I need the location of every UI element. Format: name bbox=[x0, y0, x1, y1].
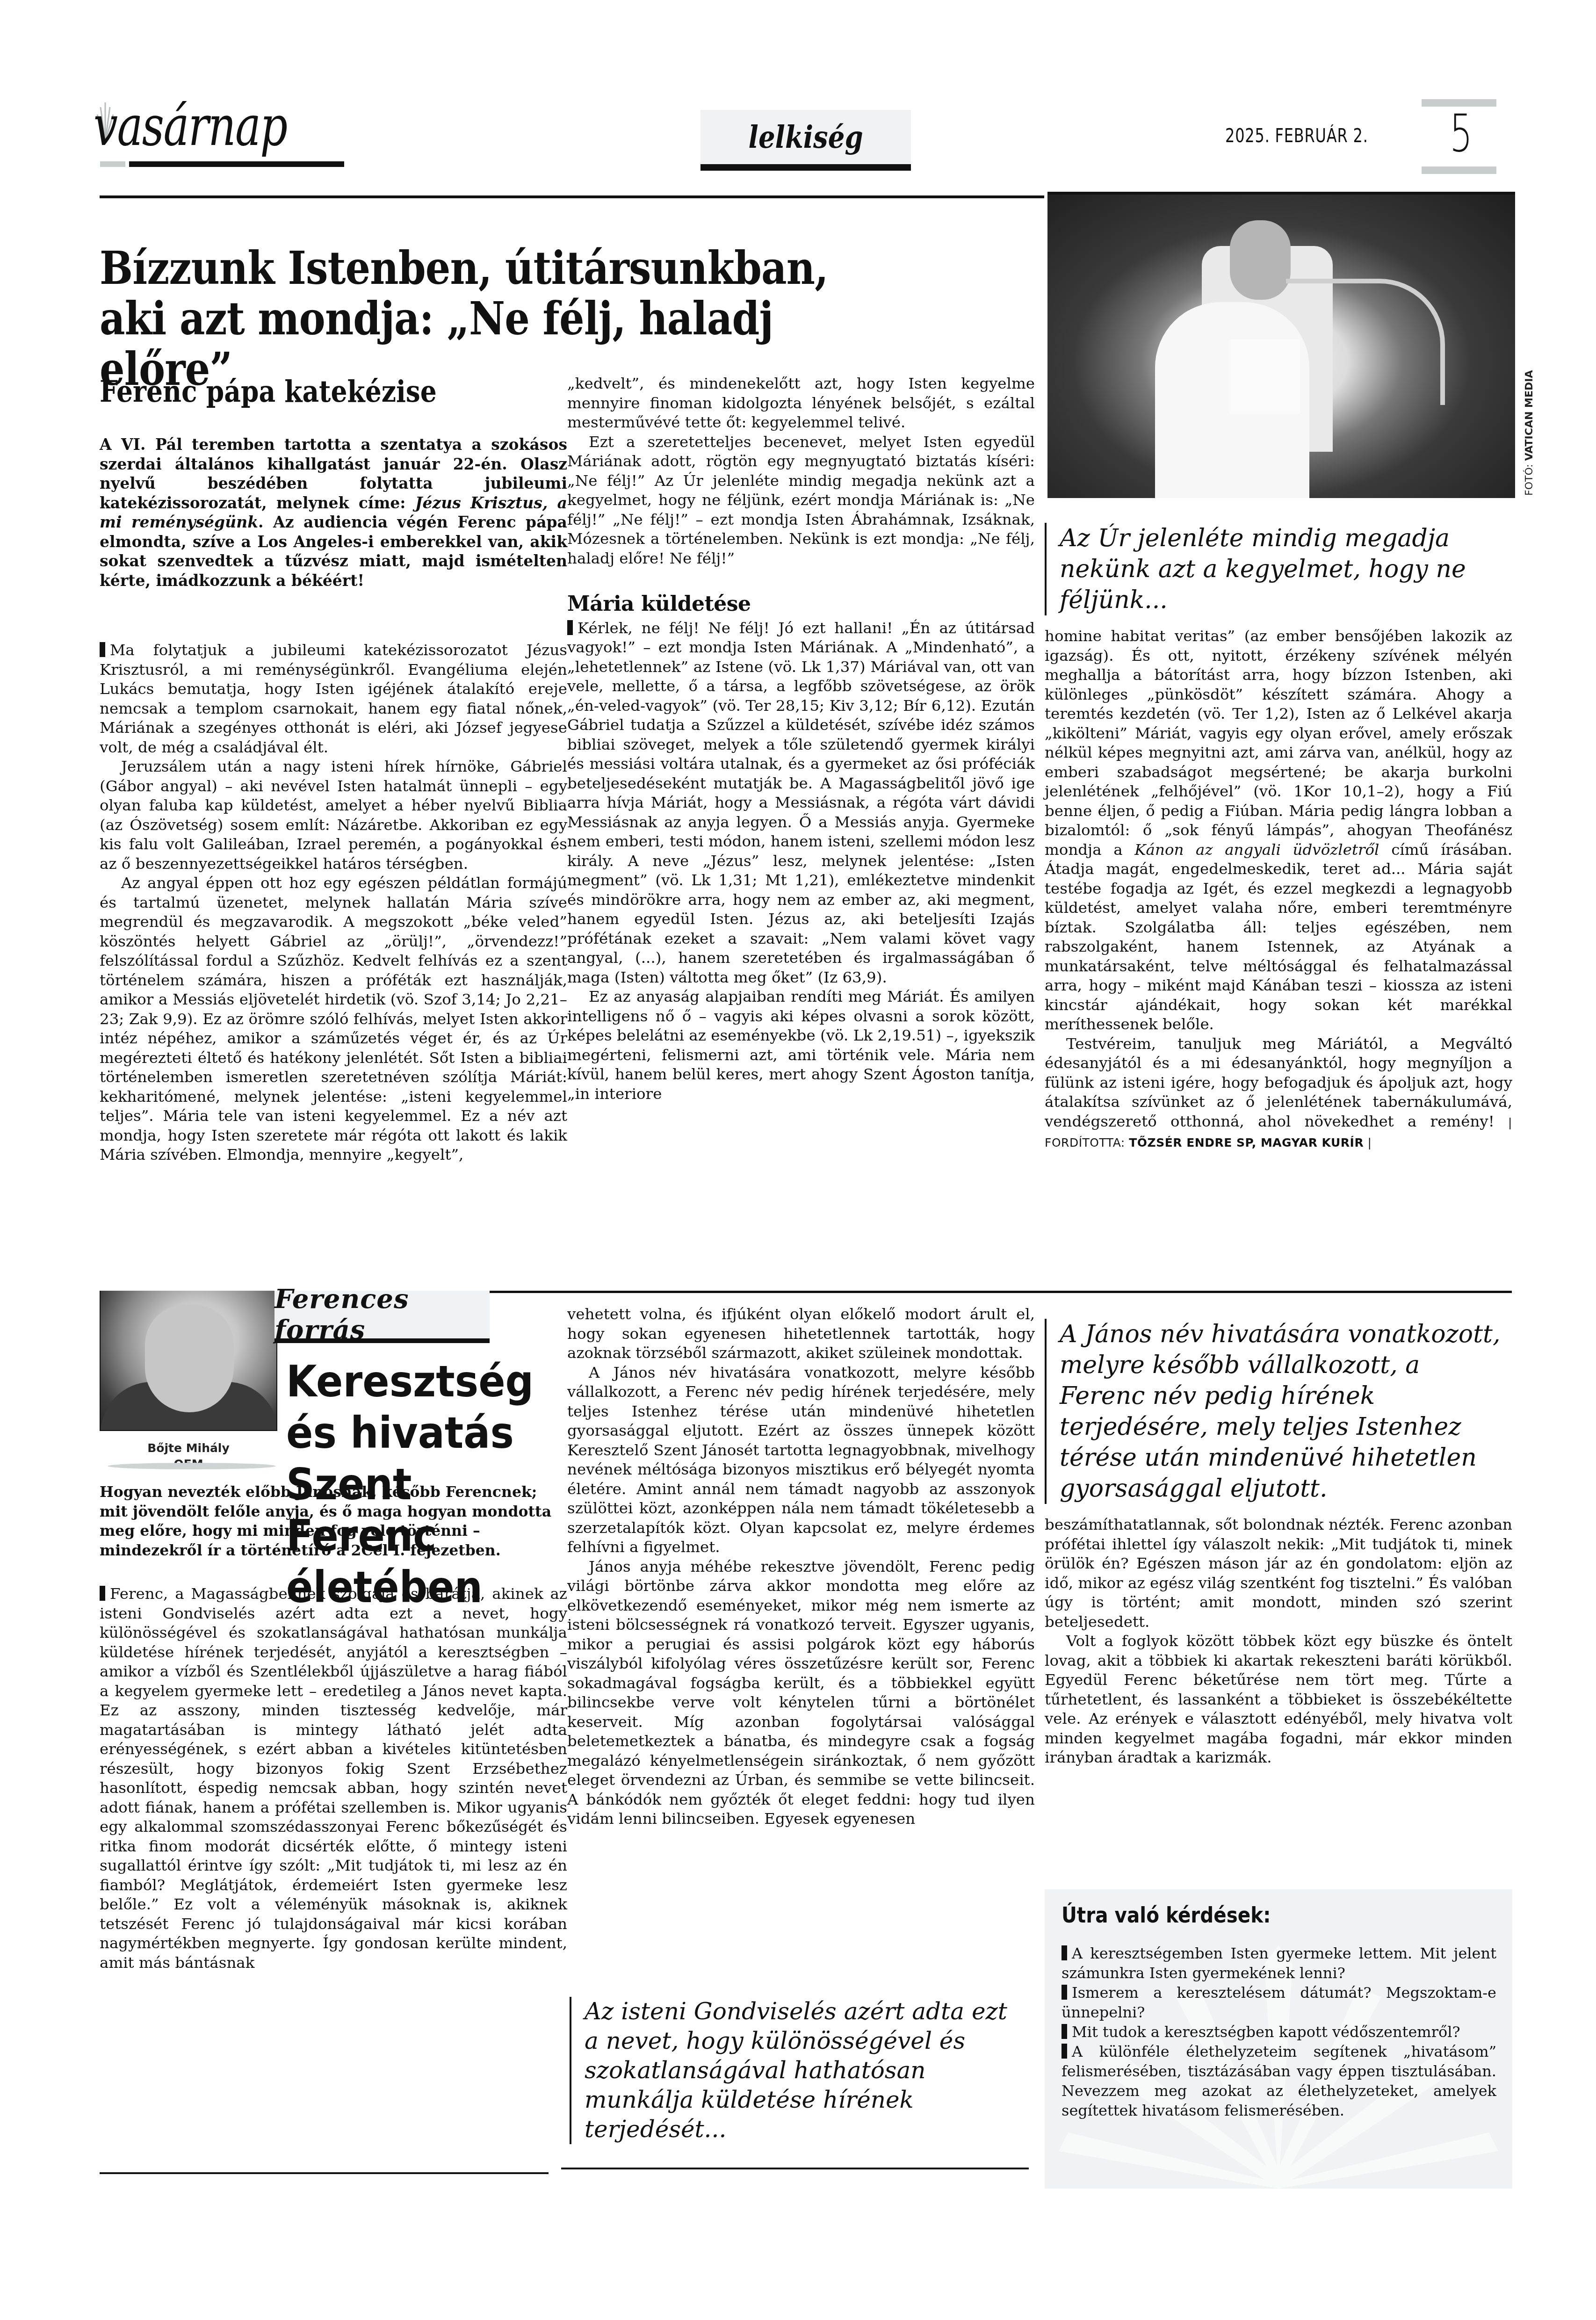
article-column-1: Ferenc, a Magasságbelinek szolgája és ba… bbox=[100, 1584, 567, 1973]
questions-content: Útra való kérdések: A keresztségemben Is… bbox=[1062, 1902, 1496, 2120]
square-bullet-icon bbox=[1062, 2024, 1067, 2039]
paragraph: beszámíthatatlannak, sőt bolondnak nézté… bbox=[1045, 1515, 1512, 1632]
microphone-shape bbox=[1286, 279, 1445, 405]
header-rule bbox=[100, 195, 1044, 198]
paragraph: homine habitat veritas” (az ember bensőj… bbox=[1045, 627, 1512, 1034]
question-item: Mit tudok a keresztségben kapott védősze… bbox=[1062, 2022, 1496, 2042]
paper-shape bbox=[1230, 340, 1300, 414]
column-end-rule bbox=[561, 2168, 1029, 2169]
paragraph: Az angyal éppen ott hoz egy egészen péld… bbox=[100, 874, 567, 1165]
paragraph: Jeruzsálem után a nagy isteni hírek hírn… bbox=[100, 757, 567, 874]
pull-quote: Az isteni Gondviselés azért adta ezt a n… bbox=[570, 1997, 1028, 2144]
paragraph: A János név hivatására vonatkozott, mely… bbox=[567, 1363, 1035, 1557]
paragraph: Ez az anyaság alapjaiban rendíti meg Már… bbox=[567, 987, 1035, 1104]
article-headline: Bízzunk Istenben, útitársunkban, aki azt… bbox=[100, 243, 864, 395]
article-column-3: beszámíthatatlannak, sőt bolondnak nézté… bbox=[1045, 1515, 1512, 1768]
square-bullet-icon bbox=[1062, 1985, 1067, 2000]
paragraph: Ezt a szeretetteljes becenevet, melyet I… bbox=[567, 433, 1035, 569]
paragraph: vehetett volna, és ifjúként olyan előkel… bbox=[567, 1305, 1035, 1363]
pope-francis-photo bbox=[1047, 192, 1515, 498]
caption-shadow bbox=[108, 1463, 276, 1469]
question-item: A különféle élethelyzeteim segítenek „hi… bbox=[1062, 2042, 1496, 2120]
paragraph: Testvéreim, tanuljuk meg Máriától, a Meg… bbox=[1045, 1034, 1512, 1153]
author-photo bbox=[100, 1291, 277, 1431]
article-subhead: Ferenc pápa katekézise bbox=[100, 374, 437, 409]
photo-credit: FOTÓ: VATICAN MEDIA bbox=[1524, 370, 1535, 496]
paragraph: Kérlek, ne félj! Ne félj! Jó ezt hallani… bbox=[567, 619, 1035, 988]
column-end-rule bbox=[100, 2172, 549, 2174]
masthead-logo: vasárnap bbox=[94, 98, 287, 153]
section-label: lelkiség bbox=[748, 119, 863, 155]
masthead-underline bbox=[129, 161, 344, 167]
square-bullet-icon bbox=[1062, 1945, 1067, 1960]
article-column-3: homine habitat veritas” (az ember bensőj… bbox=[1045, 627, 1512, 1153]
article-lead: Hogyan nevezték előbb Jánosnak, később F… bbox=[100, 1482, 567, 1560]
questions-title: Útra való kérdések: bbox=[1062, 1902, 1444, 1928]
questions-box: Útra való kérdések: A keresztségemben Is… bbox=[1045, 1889, 1512, 2189]
article-column-2: „kedvelt”, és mindenekelőtt azt, hogy Is… bbox=[567, 374, 1035, 1104]
article-lead: A VI. Pál teremben tartotta a szentatya … bbox=[100, 435, 567, 590]
pull-quote: A János név hivatására vonatkozott, mely… bbox=[1045, 1319, 1508, 1504]
column-name-tab: Ferences forrás bbox=[274, 1291, 490, 1343]
square-bullet-icon bbox=[100, 642, 105, 657]
paragraph: Ma folytatjuk a jubileumi katekézissoroz… bbox=[100, 641, 567, 757]
paragraph: Ferenc, a Magasságbelinek szolgája és ba… bbox=[100, 1584, 567, 1973]
subsection-heading: Mária küldetése bbox=[567, 594, 1035, 614]
questions-list: A keresztségemben Isten gyermeke lettem.… bbox=[1062, 1944, 1496, 2120]
masthead-underline-accent bbox=[100, 161, 125, 167]
square-bullet-icon bbox=[1062, 2044, 1067, 2059]
page-number-box: 5 bbox=[1422, 99, 1496, 174]
head-shape bbox=[1230, 220, 1291, 300]
paragraph: „kedvelt”, és mindenekelőtt azt, hogy Is… bbox=[567, 374, 1035, 433]
face-shape bbox=[145, 1305, 234, 1412]
issue-date: 2025. FEBRUÁR 2. bbox=[1225, 125, 1368, 147]
pull-quote: Az Úr jelenléte mindig megadja nekünk az… bbox=[1045, 523, 1508, 615]
paragraph: Volt a foglyok között többek közt egy bü… bbox=[1045, 1632, 1512, 1768]
square-bullet-icon bbox=[567, 620, 573, 635]
page-number-bar-bottom bbox=[1422, 166, 1496, 174]
page-number: 5 bbox=[1450, 108, 1473, 159]
article-column-1: Ma folytatjuk a jubileumi katekézissoroz… bbox=[100, 641, 567, 1165]
section-tab: lelkiség bbox=[701, 110, 911, 171]
question-item: Ismerem a keresztelésem dátumát? Megszok… bbox=[1062, 1983, 1496, 2022]
article-column-2: vehetett volna, és ifjúként olyan előkel… bbox=[567, 1305, 1035, 1829]
square-bullet-icon bbox=[100, 1586, 105, 1601]
paragraph: János anyja méhébe rekesztve jövendölt, … bbox=[567, 1557, 1035, 1829]
question-item: A keresztségemben Isten gyermeke lettem.… bbox=[1062, 1944, 1496, 1983]
